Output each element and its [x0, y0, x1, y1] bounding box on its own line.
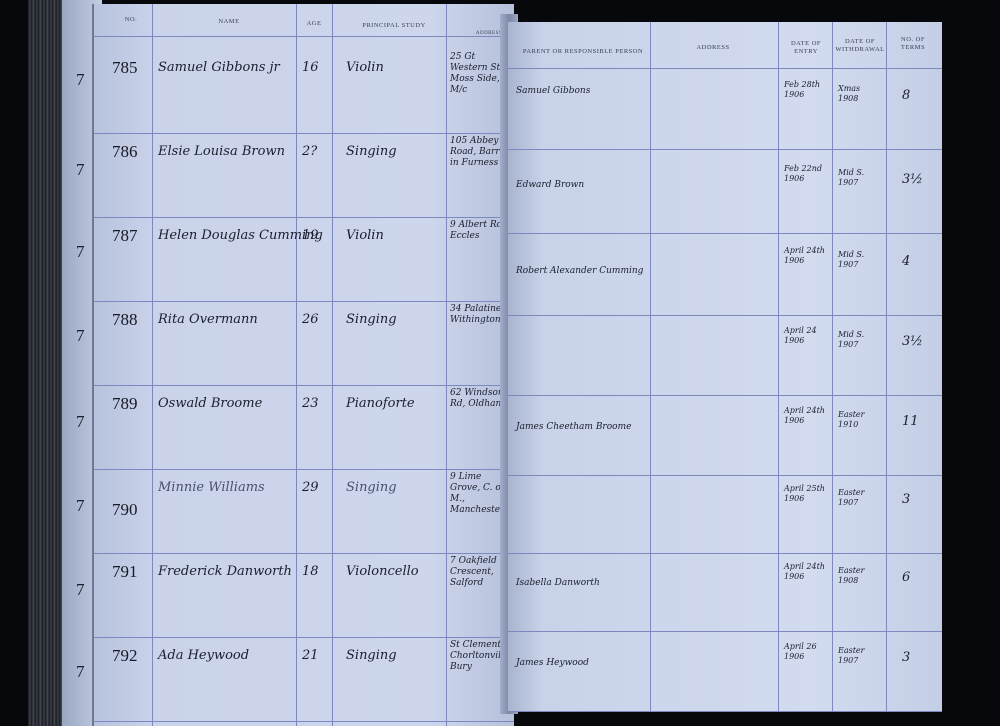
number-of-terms: 11	[902, 414, 919, 429]
book-page-edges	[28, 0, 66, 726]
entry-number: 787	[112, 226, 138, 246]
date-of-entry: Feb 22nd 1906	[784, 164, 830, 184]
header-no: No.	[116, 16, 146, 24]
register-entry-left: 791 Frederick Danworth 18 Violoncello 7 …	[94, 554, 514, 638]
header-date-of-withdrawal: Date of Withdrawal	[834, 38, 886, 54]
principal-study: Singing	[346, 480, 397, 495]
header-no-of-terms: No. of Terms	[888, 36, 938, 52]
under-page-number: 7	[76, 160, 85, 180]
number-of-terms: 3½	[902, 334, 923, 349]
header-principal-study: Principal Study	[344, 22, 444, 30]
register-entry-right: James Heywood April 26 1906 Easter 1907 …	[508, 632, 942, 712]
under-page-number: 7	[76, 662, 85, 682]
student-age: 21	[302, 648, 319, 663]
header-name: Name	[184, 18, 274, 26]
under-page-number: 7	[76, 70, 85, 90]
register-entry-right: April 24 1906 Mid S. 1907 3½	[508, 316, 942, 396]
register-entry-right: Isabella Danworth April 24th 1906 Easter…	[508, 552, 942, 632]
number-of-terms: 3½	[902, 172, 923, 187]
header-age: Age	[298, 20, 330, 28]
register-entry-left: 787 Helen Douglas Cumming 19 Violin 9 Al…	[94, 218, 514, 302]
under-page-number: 7	[76, 412, 85, 432]
date-of-withdrawal: Easter 1908	[838, 566, 878, 586]
date-of-withdrawal: Xmas 1908	[838, 84, 878, 104]
entry-number: 785	[112, 58, 138, 78]
under-page-number: 7	[76, 326, 85, 346]
header-parent: Parent or Responsible Person	[518, 48, 648, 56]
principal-study: Pianoforte	[346, 396, 415, 411]
number-of-terms: 3	[902, 492, 910, 507]
student-name: Elsie Louisa Brown	[158, 144, 285, 159]
date-of-withdrawal: Mid S. 1907	[838, 168, 878, 188]
entry-number: 791	[112, 562, 138, 582]
entry-number: 786	[112, 142, 138, 162]
under-page-number: 7	[76, 496, 85, 516]
date-of-entry: April 24 1906	[784, 326, 830, 346]
date-of-entry: April 26 1906	[784, 642, 830, 662]
student-age: 19	[302, 228, 319, 243]
register-entry-right: Edward Brown Feb 22nd 1906 Mid S. 1907 3…	[508, 154, 942, 234]
number-of-terms: 6	[902, 570, 910, 585]
date-of-entry: April 24th 1906	[784, 562, 830, 582]
register-entry-left: 788 Rita Overmann 26 Singing 34 Palatine…	[94, 302, 514, 386]
entry-number: 792	[112, 646, 138, 666]
entry-number: 788	[112, 310, 138, 330]
register-entry-right: Samuel Gibbons Feb 28th 1906 Xmas 1908 8	[508, 70, 942, 150]
date-of-entry: April 24th 1906	[784, 246, 830, 266]
register-entry-left: 789 Oswald Broome 23 Pianoforte 62 Winds…	[94, 386, 514, 470]
student-name: Minnie Williams	[158, 480, 265, 495]
date-of-withdrawal: Mid S. 1907	[838, 250, 878, 270]
student-name: Ada Heywood	[158, 648, 249, 663]
principal-study: Violoncello	[346, 564, 419, 579]
student-name: Oswald Broome	[158, 396, 262, 411]
register-entry-right: April 25th 1906 Easter 1907 3	[508, 474, 942, 554]
student-age: 2?	[302, 144, 317, 159]
parent-name: Robert Alexander Cumming	[516, 266, 643, 277]
register-entry-left: 792 Ada Heywood 21 Singing St Clements, …	[94, 638, 514, 722]
principal-study: Singing	[346, 648, 397, 663]
register-entry-left: 790 Minnie Williams 29 Singing 9 Lime Gr…	[94, 470, 514, 554]
parent-name: James Heywood	[516, 658, 589, 669]
header-date-of-entry: Date of Entry	[782, 40, 830, 56]
student-name: Rita Overmann	[158, 312, 258, 327]
right-page: Parent or Responsible Person Address Dat…	[508, 22, 942, 712]
student-age: 23	[302, 396, 319, 411]
student-age: 29	[302, 480, 319, 495]
date-of-withdrawal: Mid S. 1907	[838, 330, 878, 350]
principal-study: Violin	[346, 60, 384, 75]
date-of-entry: April 24th 1906	[784, 406, 830, 426]
principal-study: Singing	[346, 144, 397, 159]
register-entry-right: James Cheetham Broome April 24th 1906 Ea…	[508, 396, 942, 476]
student-name: Helen Douglas Cumming	[158, 228, 323, 243]
date-of-entry: Feb 28th 1906	[784, 80, 830, 100]
number-of-terms: 3	[902, 650, 910, 665]
parent-name: Isabella Danworth	[516, 578, 600, 589]
student-age: 18	[302, 564, 319, 579]
student-age: 26	[302, 312, 319, 327]
under-page-number: 7	[76, 242, 85, 262]
date-of-withdrawal: Easter 1907	[838, 646, 878, 666]
number-of-terms: 4	[902, 254, 910, 269]
student-age: 16	[302, 60, 319, 75]
student-name: Frederick Danworth	[158, 564, 292, 579]
principal-study: Singing	[346, 312, 397, 327]
register-entry-left: 785 Samuel Gibbons jr 16 Violin 25 Gt We…	[94, 50, 514, 134]
parent-name: Samuel Gibbons	[516, 86, 590, 97]
number-of-terms: 8	[902, 88, 910, 103]
date-of-withdrawal: Easter 1907	[838, 488, 878, 508]
under-page-number: 7	[76, 580, 85, 600]
parent-name: Edward Brown	[516, 180, 584, 191]
date-of-entry: April 25th 1906	[784, 484, 830, 504]
principal-study: Violin	[346, 228, 384, 243]
student-name: Samuel Gibbons jr	[158, 60, 280, 75]
entry-number: 790	[112, 500, 138, 520]
entry-number: 789	[112, 394, 138, 414]
left-page: No. Name Age Principal Study Address 785…	[92, 4, 514, 726]
register-entry-left: 786 Elsie Louisa Brown 2? Singing 105 Ab…	[94, 134, 514, 218]
date-of-withdrawal: Easter 1910	[838, 410, 878, 430]
header-parent-address: Address	[658, 44, 768, 52]
register-entry-right: Robert Alexander Cumming April 24th 1906…	[508, 236, 942, 316]
parent-name: James Cheetham Broome	[516, 422, 631, 433]
